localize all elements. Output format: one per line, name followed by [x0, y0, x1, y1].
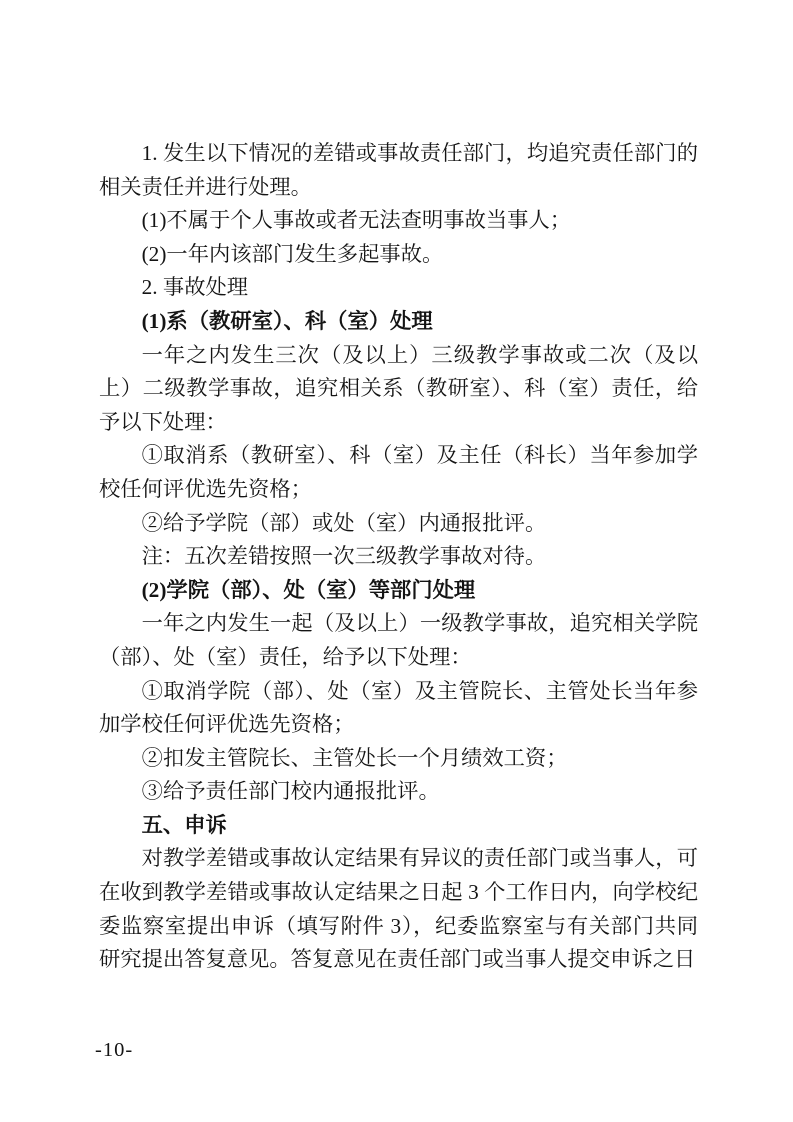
para-college-penalty-2: ②扣发主管院长、主管处长一个月绩效工资； — [99, 742, 698, 776]
page-footer: -10- — [95, 1036, 133, 1064]
document-body: 1. 发生以下情况的差错或事故责任部门，均追究责任部门的相关责任并进行处理。 (… — [99, 137, 698, 977]
para-college-penalty-3: ③给予责任部门校内通报批评。 — [99, 775, 698, 809]
para-case-multiple-accidents: (2)一年内该部门发生多起事故。 — [99, 238, 698, 272]
page-number: -10- — [95, 1039, 133, 1061]
para-dept-penalty-2: ②给予学院（部）或处（室）内通报批评。 — [99, 507, 698, 541]
para-general-liability: 1. 发生以下情况的差错或事故责任部门，均追究责任部门的相关责任并进行处理。 — [99, 137, 698, 204]
para-dept-three-accidents: 一年之内发生三次（及以上）三级教学事故或二次（及以上）二级教学事故，追究相关系（… — [99, 339, 698, 440]
para-accident-handling: 2. 事故处理 — [99, 271, 698, 305]
para-college-penalty-1: ①取消学院（部）、处（室）及主管院长、主管处长当年参加学校任何评优选先资格； — [99, 675, 698, 742]
heading-college-handling: (2)学院（部）、处（室）等部门处理 — [99, 574, 698, 608]
heading-appeal: 五、申诉 — [99, 809, 698, 843]
para-college-one-accident: 一年之内发生一起（及以上）一级教学事故，追究相关学院（部）、处（室）责任，给予以… — [99, 607, 698, 674]
para-appeal-procedure: 对教学差错或事故认定结果有异议的责任部门或当事人，可在收到教学差错或事故认定结果… — [99, 842, 698, 976]
para-dept-penalty-1: ①取消系（教研室）、科（室）及主任（科长）当年参加学校任何评优选先资格； — [99, 439, 698, 506]
para-note-five-errors: 注：五次差错按照一次三级教学事故对待。 — [99, 540, 698, 574]
para-case-unattributable: (1)不属于个人事故或者无法查明事故当事人； — [99, 204, 698, 238]
heading-dept-office-handling: (1)系（教研室）、科（室）处理 — [99, 305, 698, 339]
document-page: 1. 发生以下情况的差错或事故责任部门，均追究责任部门的相关责任并进行处理。 (… — [0, 0, 793, 1122]
